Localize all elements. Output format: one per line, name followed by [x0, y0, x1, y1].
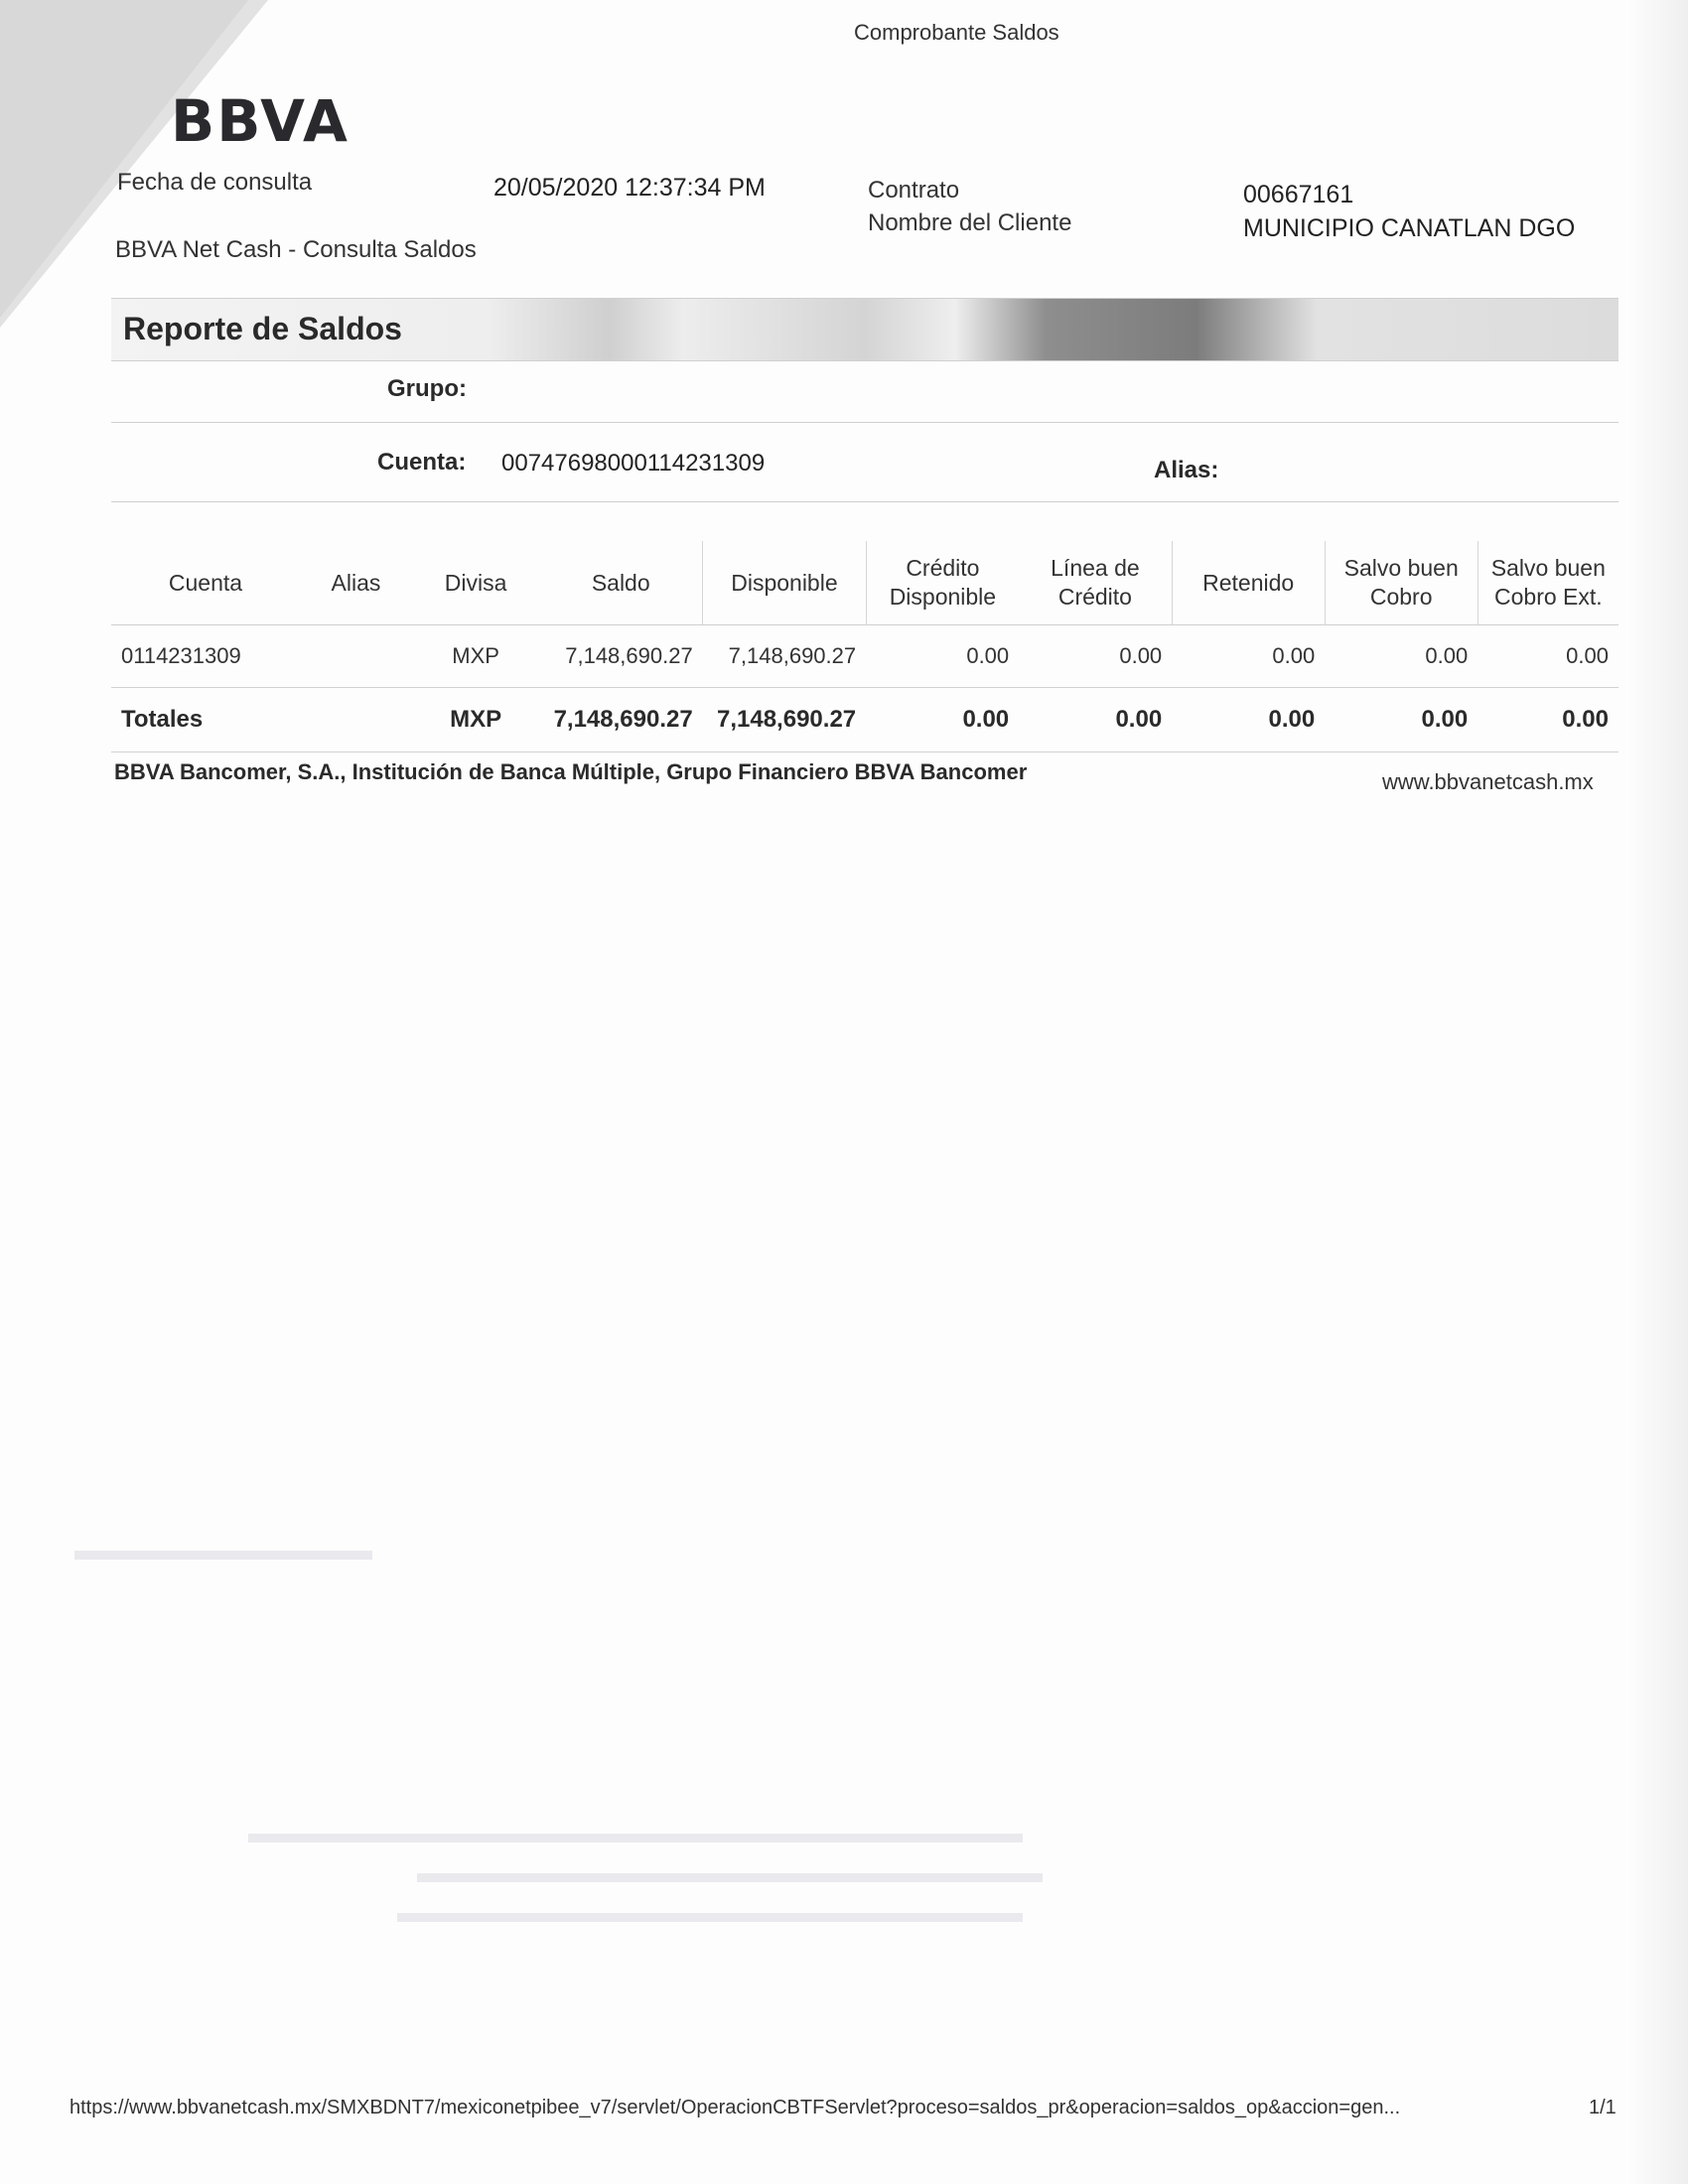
- nombre-cliente-value: MUNICIPIO CANATLAN DGO: [1243, 214, 1575, 243]
- alias-label: Alias:: [1154, 457, 1218, 484]
- col-header-disponible: Disponible: [703, 541, 866, 625]
- report-banner: Reporte de Saldos: [111, 298, 1618, 361]
- cell-salvo-buen-cobro-ext: 0.00: [1477, 625, 1618, 688]
- cell-alias: [300, 625, 412, 688]
- table-header-row: Cuenta Alias Divisa Saldo Disponible Cré…: [111, 541, 1618, 625]
- fecha-consulta-label: Fecha de consulta: [117, 169, 312, 197]
- cuenta-label: Cuenta:: [377, 449, 466, 477]
- col-header-divisa: Divisa: [412, 541, 539, 625]
- app-title: BBVA Net Cash - Consulta Saldos: [115, 236, 477, 264]
- totals-retenido: 0.00: [1172, 688, 1325, 752]
- col-header-salvo-buen-cobro-ext: Salvo buen Cobro Ext.: [1477, 541, 1618, 625]
- bleed-through-mark: ▬▬▬▬▬▬▬▬▬▬▬▬▬▬▬▬▬▬▬▬▬▬▬▬▬▬: [248, 1817, 1023, 1850]
- col-header-credito-disponible: Crédito Disponible: [866, 541, 1019, 625]
- totals-row: Totales MXP 7,148,690.27 7,148,690.27 0.…: [111, 688, 1618, 752]
- totals-divisa: MXP: [412, 688, 539, 752]
- divider: [111, 422, 1618, 423]
- website-link[interactable]: www.bbvanetcash.mx: [1382, 769, 1594, 795]
- institution-footer: BBVA Bancomer, S.A., Institución de Banc…: [114, 759, 1027, 785]
- totals-credito-disponible: 0.00: [866, 688, 1019, 752]
- table-row: 0114231309 MXP 7,148,690.27 7,148,690.27…: [111, 625, 1618, 688]
- nombre-cliente-label: Nombre del Cliente: [868, 209, 1071, 237]
- col-header-saldo: Saldo: [539, 541, 702, 625]
- col-header-retenido: Retenido: [1172, 541, 1325, 625]
- totals-disponible: 7,148,690.27: [703, 688, 866, 752]
- contrato-value: 00667161: [1243, 181, 1353, 209]
- totals-salvo-buen-cobro: 0.00: [1325, 688, 1477, 752]
- col-header-linea-credito: Línea de Crédito: [1019, 541, 1172, 625]
- bleed-through-mark: ▬▬▬▬▬▬▬▬▬▬▬▬▬▬▬▬▬▬▬▬▬: [397, 1896, 1023, 1930]
- col-header-salvo-buen-cobro: Salvo buen Cobro: [1325, 541, 1477, 625]
- col-header-alias: Alias: [300, 541, 412, 625]
- cell-divisa: MXP: [412, 625, 539, 688]
- totals-alias: [300, 688, 412, 752]
- fecha-consulta-value: 20/05/2020 12:37:34 PM: [493, 174, 766, 203]
- cell-saldo: 7,148,690.27: [539, 625, 702, 688]
- page-number: 1/1: [1589, 2097, 1617, 2119]
- totals-label: Totales: [111, 688, 300, 752]
- balances-table: Cuenta Alias Divisa Saldo Disponible Cré…: [111, 541, 1618, 752]
- print-url: https://www.bbvanetcash.mx/SMXBDNT7/mexi…: [70, 2097, 1400, 2119]
- contrato-label: Contrato: [868, 177, 959, 205]
- cell-salvo-buen-cobro: 0.00: [1325, 625, 1477, 688]
- bleed-through-mark: ▬▬▬▬▬▬▬▬▬▬: [74, 1534, 372, 1568]
- cell-disponible: 7,148,690.27: [703, 625, 866, 688]
- cell-credito-disponible: 0.00: [866, 625, 1019, 688]
- scan-shadow: [1628, 0, 1688, 2184]
- page-fold-edge: [0, 0, 248, 318]
- totals-linea-credito: 0.00: [1019, 688, 1172, 752]
- bleed-through-mark: ▬▬▬▬▬▬▬▬▬▬▬▬▬▬▬▬▬▬▬▬▬: [417, 1856, 1043, 1890]
- cell-retenido: 0.00: [1172, 625, 1325, 688]
- cell-cuenta: 0114231309: [111, 625, 300, 688]
- totals-saldo: 7,148,690.27: [539, 688, 702, 752]
- report-title: Reporte de Saldos: [123, 311, 402, 347]
- bbva-logo: BBVA: [171, 87, 350, 155]
- cell-linea-credito: 0.00: [1019, 625, 1172, 688]
- col-header-cuenta: Cuenta: [111, 541, 300, 625]
- page-header: Comprobante Saldos: [854, 20, 1059, 46]
- grupo-label: Grupo:: [387, 375, 467, 403]
- cuenta-value: 00747698000114231309: [501, 450, 765, 478]
- totals-salvo-buen-cobro-ext: 0.00: [1477, 688, 1618, 752]
- divider: [111, 501, 1618, 502]
